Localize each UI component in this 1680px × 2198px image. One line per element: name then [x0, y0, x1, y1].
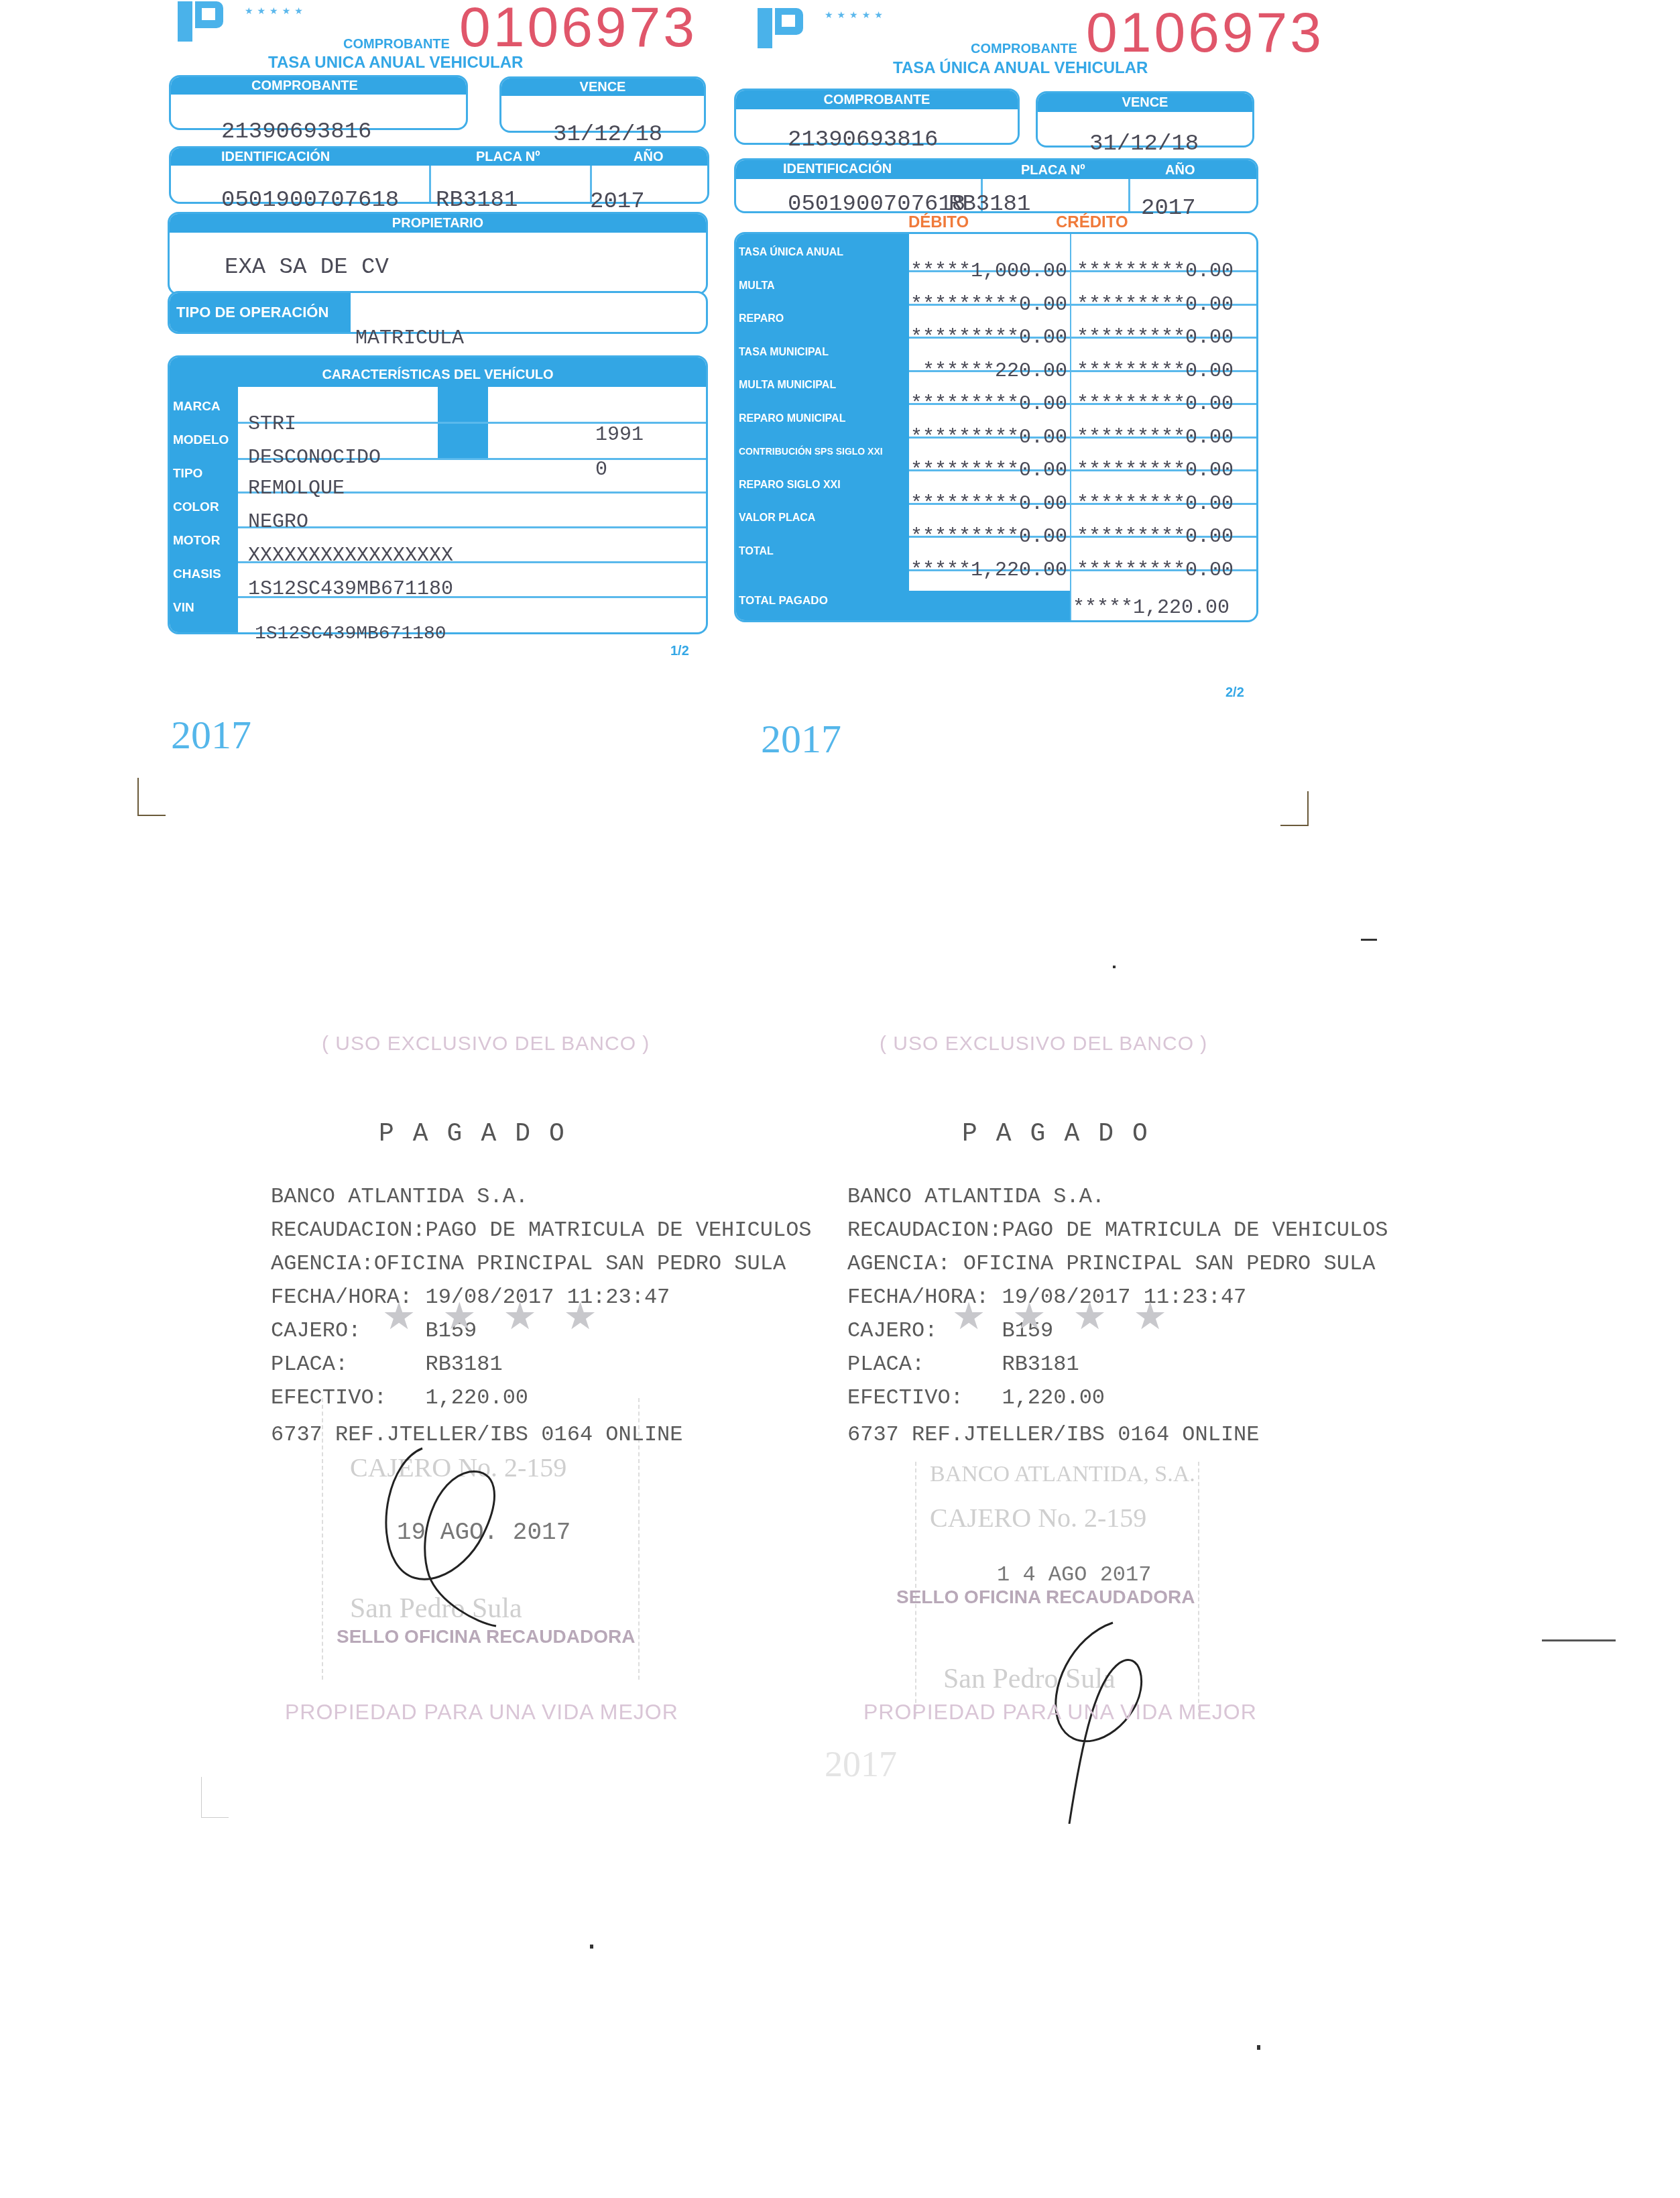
speck — [1361, 939, 1377, 941]
anio-vehiculo-value: 1991 — [595, 424, 644, 447]
tipo-operacion-value: MATRICULA — [355, 327, 464, 350]
concept-credito: *********0.00 — [1073, 360, 1234, 383]
anio-vehiculo-label: AÑO — [491, 400, 518, 414]
concept-credito: *********0.00 — [1073, 526, 1234, 548]
concept-debito: *********0.00 — [906, 493, 1067, 516]
signature-icon — [375, 1442, 550, 1629]
cil-value: 0 — [595, 459, 607, 481]
concept-debito: *********0.00 — [906, 327, 1067, 349]
footer-slogan: PROPIEDAD PARA UNA VIDA MEJOR — [285, 1700, 678, 1725]
vehicle-value-chasis: XXXXXXXXXXXXXXXXX — [248, 544, 453, 567]
concept-debito: *********0.00 — [906, 393, 1067, 416]
pagado-label: PAGADO — [962, 1120, 1166, 1149]
speck — [590, 1945, 593, 1949]
receipt-line: AGENCIA: OFICINA PRINCIPAL SAN PEDRO SUL… — [847, 1247, 1388, 1281]
concept-label: CONTRIBUCIÓN SPS SIGLO XXI — [739, 446, 883, 457]
identificacion-header: IDENTIFICACIÓN — [783, 162, 892, 177]
concept-credito: *********0.00 — [1073, 559, 1234, 582]
receipt-number: 0106973 — [1086, 0, 1324, 65]
speck — [1113, 966, 1116, 968]
identificacion-value: 0501900707618 — [221, 188, 399, 213]
concept-credito: *********0.00 — [1073, 260, 1234, 283]
concept-debito: *********0.00 — [906, 426, 1067, 449]
tipo-operacion-label: TIPO DE OPERACIÓN — [170, 293, 351, 332]
concept-debito: *****1,000.00 — [906, 260, 1067, 283]
total-pagado-value: *****1,220.00 — [1073, 597, 1229, 620]
vence-header: VENCE — [1038, 93, 1252, 112]
vehicle-label-marca: MARCA — [173, 400, 221, 414]
identificacion-header: IDENTIFICACIÓN — [221, 150, 330, 165]
logo-icon — [178, 1, 225, 42]
reference-line: 6737 REF.JTELLER/IBS 0164 ONLINE — [847, 1418, 1260, 1452]
comprobante-value: 21390693816 — [221, 119, 371, 145]
page-indicator: 1/2 — [670, 644, 689, 659]
concept-debito: *********0.00 — [906, 459, 1067, 482]
stars-icon: ★★★★ — [382, 1294, 624, 1338]
cil-label: CIL — [493, 433, 513, 447]
sello-label: SELLO OFICINA RECAUDADORA — [896, 1586, 1195, 1608]
comprobante-caption: COMPROBANTE — [971, 42, 1077, 57]
speck — [1542, 1639, 1616, 1641]
uso-exclusivo-label: ( USO EXCLUSIVO DEL BANCO ) — [322, 1033, 650, 1055]
year-watermark-left: 2017 — [171, 712, 251, 758]
vence-value: 31/12/18 — [1089, 131, 1199, 157]
concept-credito: *********0.00 — [1073, 393, 1234, 416]
receipt-line: RECAUDACION:PAGO DE MATRICULA DE VEHICUL… — [271, 1214, 812, 1247]
receipt-line: EFECTIVO: 1,220.00 — [847, 1381, 1388, 1415]
year-faint: 2017 — [825, 1743, 897, 1785]
concept-debito: *********0.00 — [906, 526, 1067, 548]
footer-slogan: PROPIEDAD PARA UNA VIDA MEJOR — [863, 1700, 1257, 1725]
concept-label: TOTAL — [739, 546, 774, 558]
placa-value: RB3181 — [436, 188, 518, 213]
vehicle-label-modelo: MODELO — [173, 433, 229, 448]
concept-credito: *********0.00 — [1073, 459, 1234, 482]
debito-header: DÉBITO — [908, 213, 969, 232]
vence-value: 31/12/18 — [553, 122, 662, 148]
concept-debito: *********0.00 — [906, 294, 1067, 316]
pagado-label: PAGADO — [379, 1120, 583, 1149]
stamp-cajero: CAJERO No. 2-159 — [930, 1502, 1146, 1534]
concept-credito: *********0.00 — [1073, 426, 1234, 449]
vehicle-label-motor: MOTOR — [173, 534, 220, 548]
vehicle-value-color: REMOLQUE — [248, 477, 345, 500]
bank-receipt-left: ( USO EXCLUSIVO DEL BANCO ) PAGADO BANCO… — [255, 1033, 791, 1737]
bank-receipt-right: ( USO EXCLUSIVO DEL BANCO ) PAGADO BANCO… — [831, 1033, 1368, 1770]
uso-exclusivo-label: ( USO EXCLUSIVO DEL BANCO ) — [880, 1033, 1207, 1055]
right-form: ★★★★★ COMPROBANTE 0106973 TASA ÚNICA ANU… — [731, 0, 1267, 704]
concept-label: REPARO MUNICIPAL — [739, 413, 845, 425]
vehicle-value-motor: NEGRO — [248, 511, 308, 534]
stamp-date: 1 4 AGO 2017 — [997, 1562, 1151, 1587]
concept-credito: *********0.00 — [1073, 327, 1234, 349]
stars-icon: ★★★★★ — [245, 5, 307, 17]
logo-icon — [758, 8, 804, 48]
vehicle-label-color: COLOR — [173, 500, 219, 515]
anio-header: AÑO — [634, 150, 663, 165]
anio-value: 2017 — [1141, 196, 1196, 221]
receipt-line: RECAUDACION:PAGO DE MATRICULA DE VEHICUL… — [847, 1214, 1388, 1247]
caracteristicas-header: CARACTERÍSTICAS DEL VEHÍCULO — [170, 357, 706, 387]
propietario-value: EXA SA DE CV — [225, 255, 389, 280]
concept-label: REPARO — [739, 313, 784, 325]
concept-debito: ******220.00 — [906, 360, 1067, 383]
vehicle-label-tipo: TIPO — [173, 467, 202, 481]
placa-header: PLACA Nº — [1021, 163, 1085, 178]
propietario-header: PROPIETARIO — [170, 214, 706, 233]
vin-extra-value: 1S12SC439MB671180 — [255, 624, 446, 644]
vence-header: VENCE — [501, 78, 704, 96]
stars-icon: ★★★★ — [952, 1294, 1194, 1338]
anio-value: 2017 — [590, 189, 645, 215]
anio-header: AÑO — [1165, 163, 1195, 178]
comprobante-header: COMPROBANTE — [736, 91, 1018, 109]
concept-label: REPARO SIGLO XXI — [739, 479, 841, 491]
receipt-line: PLACA: RB3181 — [847, 1348, 1388, 1381]
speck — [1257, 2045, 1260, 2050]
vehicle-label-vin: VIN — [173, 601, 194, 616]
concept-debito: *****1,220.00 — [906, 559, 1067, 582]
vehicle-value-tipo: DESCONOCIDO — [248, 447, 381, 469]
form-title: TASA UNICA ANUAL VEHICULAR — [268, 54, 523, 72]
vehicle-value-vin: 1S12SC439MB671180 — [248, 578, 453, 601]
credito-header: CRÉDITO — [1056, 213, 1128, 232]
form-title: TASA ÚNICA ANUAL VEHICULAR — [893, 59, 1148, 78]
page-indicator: 2/2 — [1225, 685, 1244, 701]
total-pagado-label: TOTAL PAGADO — [739, 594, 828, 608]
year-watermark-right: 2017 — [761, 716, 841, 762]
placa-header: PLACA Nº — [476, 150, 540, 165]
concept-label: TASA MUNICIPAL — [739, 347, 829, 359]
concept-label: MULTA MUNICIPAL — [739, 380, 836, 392]
comprobante-value: 21390693816 — [788, 127, 938, 153]
receipt-line: BANCO ATLANTIDA S.A. — [847, 1180, 1388, 1214]
concept-label: TASA ÚNICA ANUAL — [739, 247, 843, 259]
crop-mark — [1280, 791, 1309, 826]
concept-label: MULTA — [739, 280, 775, 292]
receipt-number: 0106973 — [459, 0, 697, 60]
comprobante-caption: COMPROBANTE — [343, 37, 450, 52]
receipt-line: BANCO ATLANTIDA S.A. — [271, 1180, 812, 1214]
receipt-line: AGENCIA:OFICINA PRINCIPAL SAN PEDRO SULA — [271, 1247, 812, 1281]
crop-mark — [201, 1777, 229, 1818]
crop-mark — [137, 778, 166, 816]
concept-credito: *********0.00 — [1073, 294, 1234, 316]
left-form: ★★★★★ COMPROBANTE 0106973 TASA UNICA ANU… — [161, 0, 711, 671]
propietario-box: PROPIETARIO — [168, 212, 708, 295]
concept-label: VALOR PLACA — [739, 512, 815, 524]
vehicle-label-chasis: CHASIS — [173, 567, 221, 582]
receipt-line: PLACA: RB3181 — [271, 1348, 812, 1381]
vehicle-value-modelo: STRI — [248, 413, 296, 436]
stars-icon: ★★★★★ — [825, 9, 887, 21]
comprobante-header: COMPROBANTE — [171, 77, 466, 95]
concept-credito: *********0.00 — [1073, 493, 1234, 516]
stamp-bank: BANCO ATLANTIDA, S.A. — [930, 1462, 1195, 1487]
